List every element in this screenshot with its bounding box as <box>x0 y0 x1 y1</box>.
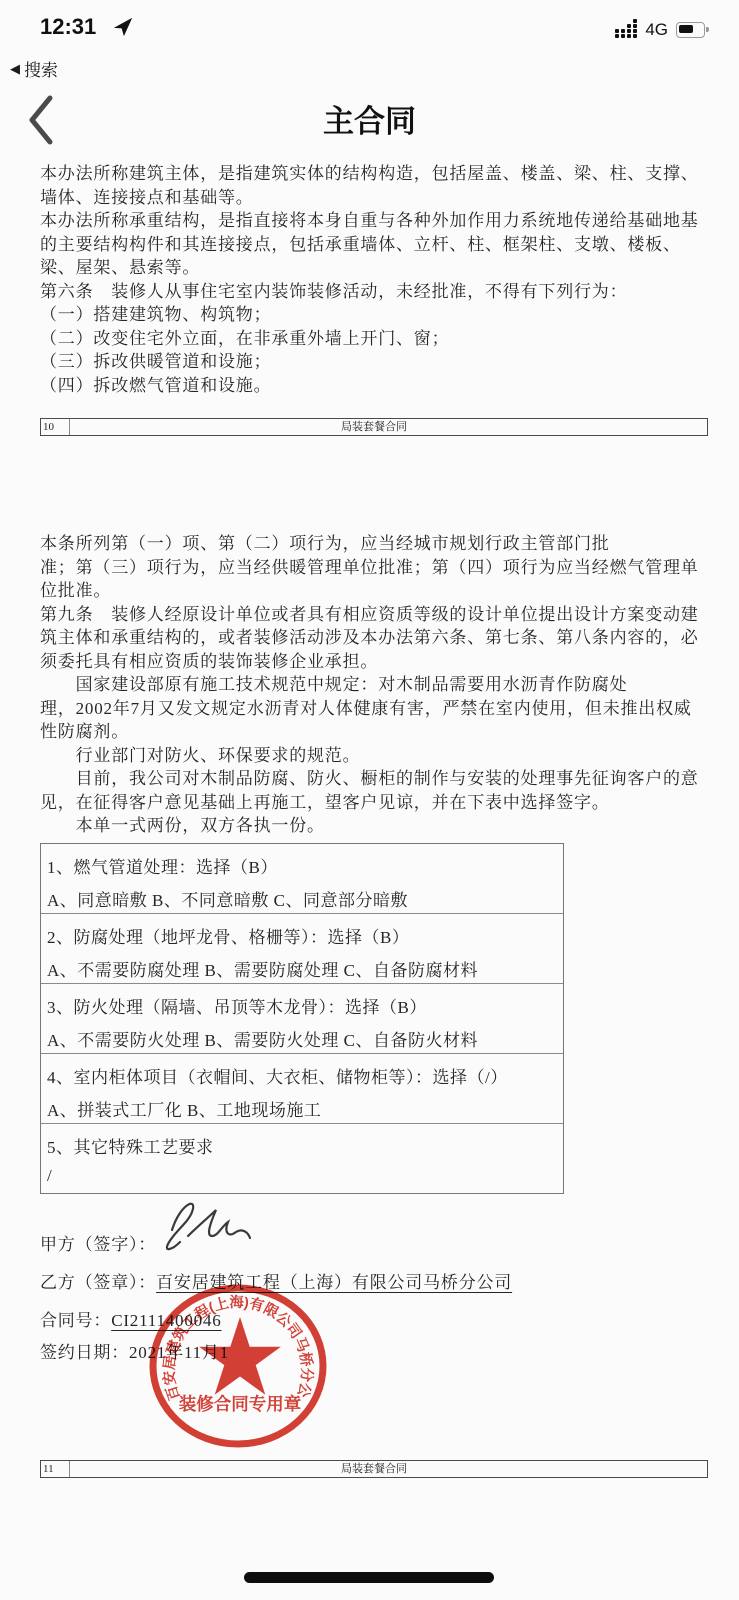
options-text: / <box>47 1166 52 1186</box>
back-triangle-icon: ◀ <box>10 61 20 77</box>
table-row: 5、其它特殊工艺要求 / <box>41 1124 563 1193</box>
options-text: A、不需要防火处理 B、需要防火处理 C、自备防火材料 <box>47 1026 478 1051</box>
party-b-label: 乙方（签章）： <box>40 1273 156 1292</box>
question-text: 4、室内柜体项目（衣帽间、大衣柜、储物柜等）：选择（/） <box>47 1063 508 1088</box>
nav-bar: 主合同 <box>0 88 739 152</box>
table-row: 4、室内柜体项目（衣帽间、大衣柜、储物柜等）：选择（/） A、拼装式工厂化 B、… <box>41 1054 563 1124</box>
battery-icon <box>676 22 705 38</box>
status-bar: 12:31 4G <box>0 0 739 54</box>
clock: 12:31 <box>40 14 96 40</box>
question-text: 5、其它特殊工艺要求 <box>47 1133 214 1158</box>
stamp-title-text: 装修合同专用章 <box>179 1394 302 1414</box>
footer-doc-label: 局装套餐合同 <box>41 1461 707 1477</box>
question-text: 1、燃气管道处理：选择（B） <box>47 853 278 878</box>
page-number: 10 <box>41 419 70 435</box>
location-arrow-icon <box>112 16 134 38</box>
contract-no-label: 合同号： <box>40 1311 111 1330</box>
home-indicator[interactable] <box>244 1572 494 1583</box>
sign-date-line: 签约日期：2021年11月1 <box>40 1338 229 1363</box>
options-text: A、同意暗敷 B、不同意暗敷 C、同意部分暗敷 <box>47 886 408 911</box>
company-stamp: 百安居建筑工程(上海)有限公司马桥分公司 装修合同专用章 <box>143 1276 333 1456</box>
contract-page1-text: 本办法所称建筑主体，是指建筑实体的结构构造，包括屋盖、楼盖、梁、柱、支撑、 墙体… <box>40 162 705 397</box>
party-a-line: 甲方（签字）： <box>40 1230 156 1255</box>
question-text: 3、防火处理（隔墙、吊顶等木龙骨）：选择（B） <box>47 993 427 1018</box>
contract-page2-text: 本条所列第（一）项、第（二）项行为，应当经城市规划行政主管部门批 准；第（三）项… <box>40 532 705 838</box>
back-app-label: 搜索 <box>24 56 58 81</box>
party-b-line: 乙方（签章）：百安居建筑工程（上海）有限公司马桥分公司 <box>40 1268 512 1293</box>
handwritten-signature <box>158 1192 254 1258</box>
sign-date-value: 2021年11月1 <box>129 1343 229 1362</box>
contract-no-line: 合同号：CI2111400046 <box>40 1306 222 1331</box>
table-row: 3、防火处理（隔墙、吊顶等木龙骨）：选择（B） A、不需要防火处理 B、需要防火… <box>41 984 563 1054</box>
contract-no-value: CI2111400046 <box>111 1311 221 1330</box>
options-text: A、不需要防腐处理 B、需要防腐处理 C、自备防腐材料 <box>47 956 478 981</box>
sign-date-label: 签约日期： <box>40 1343 129 1362</box>
page-number: 11 <box>41 1461 70 1477</box>
question-text: 2、防腐处理（地坪龙骨、格栅等）：选择（B） <box>47 923 409 948</box>
back-to-app-link[interactable]: ◀ 搜索 <box>10 56 58 81</box>
cellular-signal-icon <box>615 22 637 38</box>
page2-footer: 局装套餐合同 11 <box>40 1460 708 1478</box>
page-title: 主合同 <box>0 96 739 141</box>
phone-screen: 12:31 4G ◀ 搜索 主合同 本办法所称建筑主体，是指建筑实体的结 <box>0 0 739 1600</box>
table-row: 1、燃气管道处理：选择（B） A、同意暗敷 B、不同意暗敷 C、同意部分暗敷 <box>41 844 563 914</box>
party-a-label: 甲方（签字）： <box>40 1235 156 1254</box>
choice-table: 1、燃气管道处理：选择（B） A、同意暗敷 B、不同意暗敷 C、同意部分暗敷 2… <box>40 843 564 1194</box>
table-row: 2、防腐处理（地坪龙骨、格栅等）：选择（B） A、不需要防腐处理 B、需要防腐处… <box>41 914 563 984</box>
footer-doc-label: 局装套餐合同 <box>41 419 707 435</box>
party-b-company: 百安居建筑工程（上海）有限公司马桥分公司 <box>156 1273 512 1292</box>
options-text: A、拼装式工厂化 B、工地现场施工 <box>47 1096 321 1121</box>
network-type-label: 4G <box>645 20 668 40</box>
page1-footer: 局装套餐合同 10 <box>40 418 708 436</box>
